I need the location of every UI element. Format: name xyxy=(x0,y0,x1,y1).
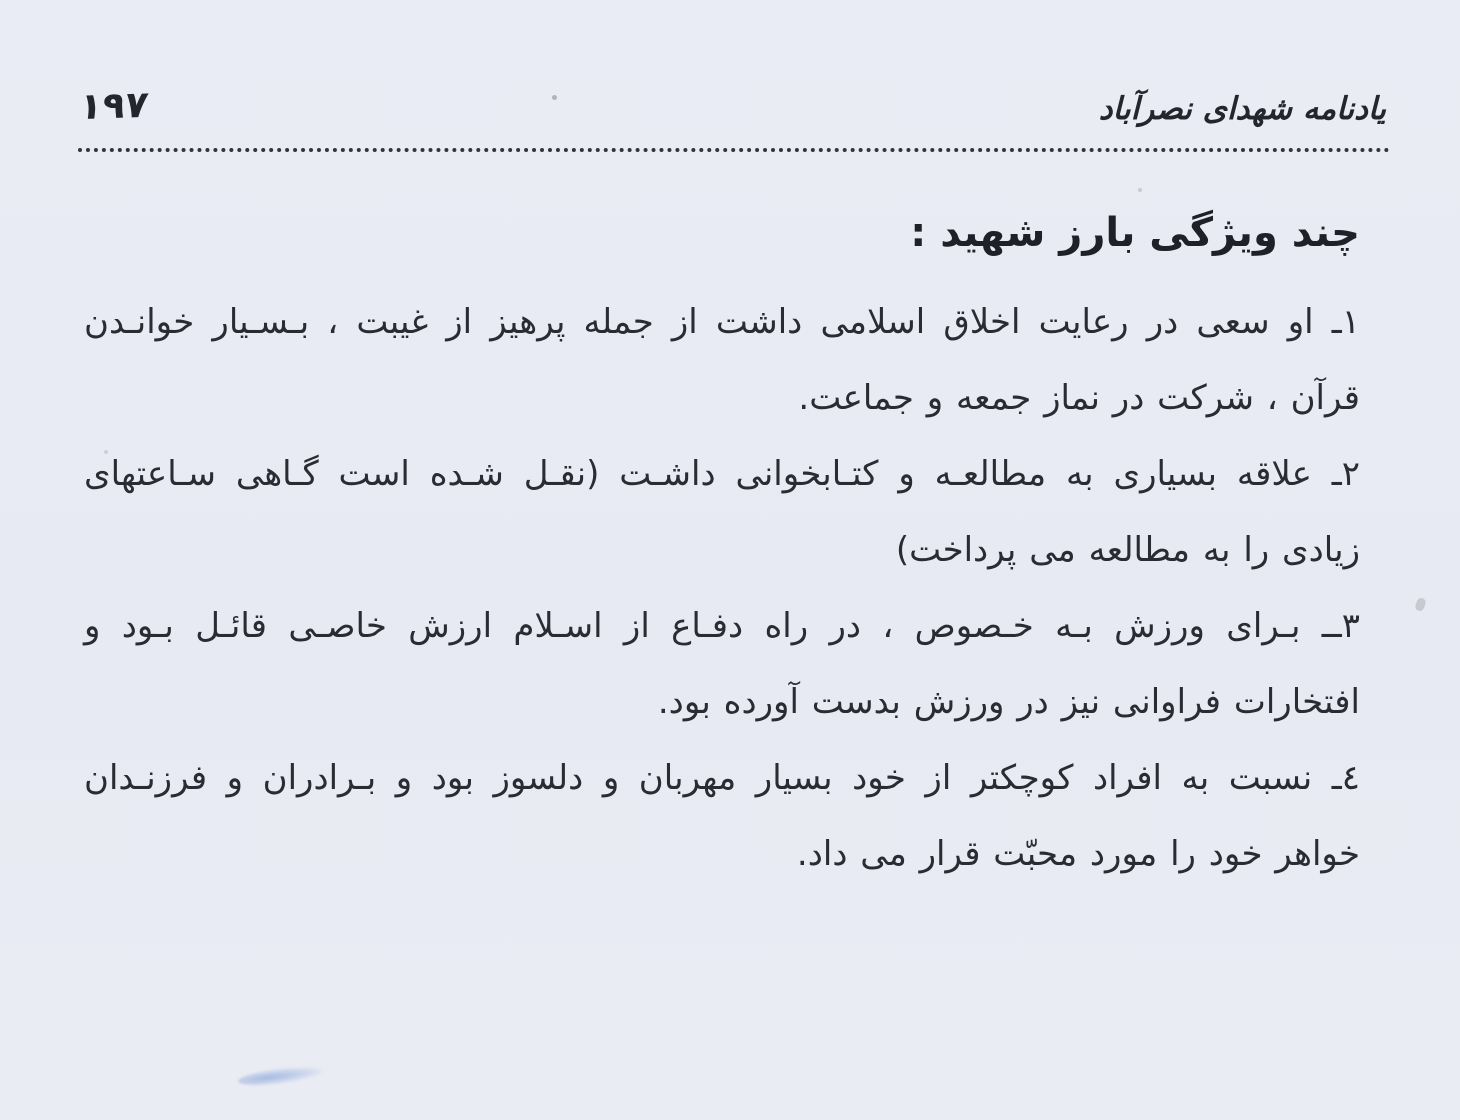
page-header: ١٩٧ یادنامه شهدای نصرآباد xyxy=(80,84,1386,127)
page-content: چند ویژگی بارز شهید : ١ـ او سعی در رعایت… xyxy=(84,200,1360,892)
scan-speck xyxy=(104,450,108,454)
scan-speck xyxy=(1138,188,1142,192)
ink-smudge xyxy=(237,1063,324,1089)
body-line-2: قرآن ، شرکت در نماز جمعه و جماعت. xyxy=(84,360,1360,436)
section-heading: چند ویژگی بارز شهید : xyxy=(84,200,1360,266)
body-line-1: ١ـ او سعی در رعایت اخلاق اسلامی داشت از … xyxy=(84,284,1360,360)
body-line-6: افتخارات فراوانی نیز در ورزش بدست آورده … xyxy=(84,664,1360,740)
body-line-4: زیادی را به مطالعه می پرداخت) xyxy=(84,512,1360,588)
body-line-3: ٢ـ علاقه بسیاری به مطالعـه و کتـابخوانی … xyxy=(84,436,1360,512)
body-line-8: خواهر خود را مورد محبّت قرار می داد. xyxy=(84,816,1360,892)
body-line-5: ٣ــ بـرای ورزش بـه خـصوص ، در راه دفـاع … xyxy=(84,588,1360,664)
body-line-7: ٤ـ نسبت به افراد کوچکتر از خود بسیار مهر… xyxy=(84,740,1360,816)
scan-speck xyxy=(1414,597,1427,612)
scanned-book-page: ١٩٧ یادنامه شهدای نصرآباد چند ویژگی بارز… xyxy=(0,0,1460,1120)
dotted-divider xyxy=(78,122,1390,152)
scan-speck xyxy=(552,95,557,100)
